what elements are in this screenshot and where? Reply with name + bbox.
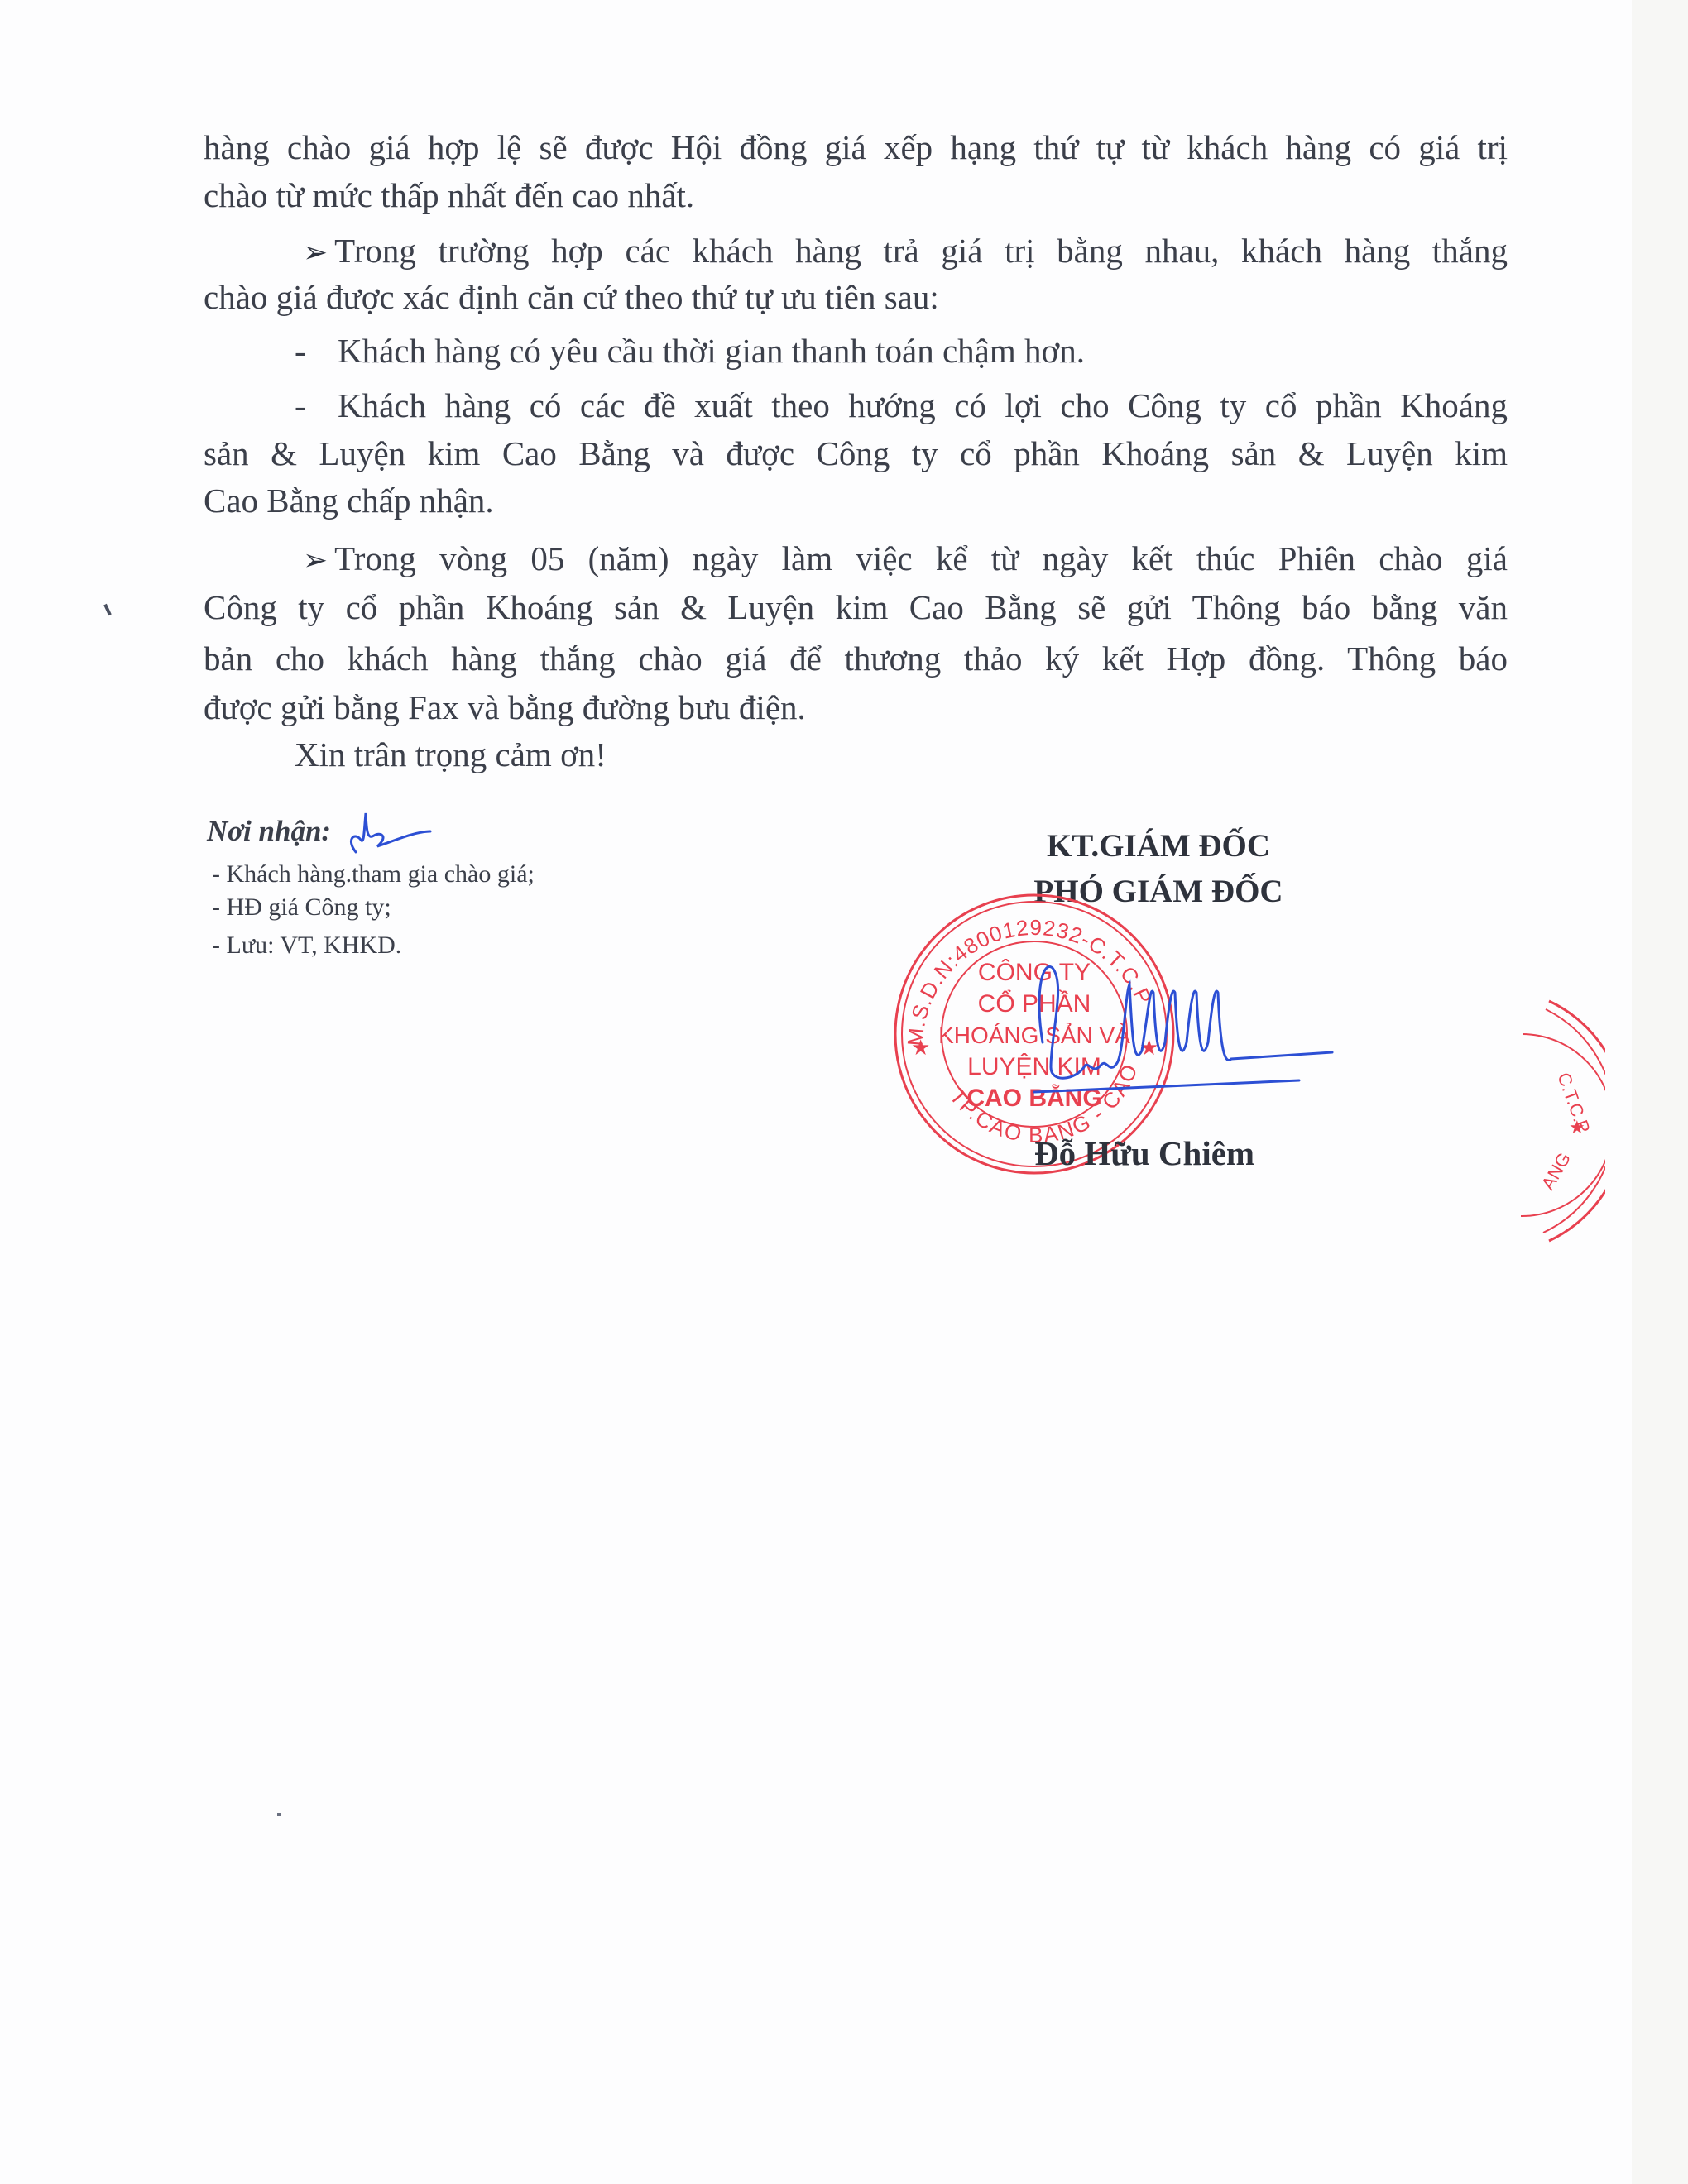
paragraph-line: sản & Luyện kim Cao Bằng và được Công ty… bbox=[204, 437, 1508, 471]
paragraph-line: chào từ mức thấp nhất đến cao nhất. bbox=[204, 179, 694, 213]
paragraph-line: Cao Bằng chấp nhận. bbox=[204, 484, 494, 518]
initial-signature-icon bbox=[331, 807, 439, 856]
svg-text:★: ★ bbox=[1569, 1117, 1585, 1137]
paragraph-line: chào giá được xác định căn cứ theo thứ t… bbox=[204, 280, 939, 314]
list-item-text: Khách hàng có các đề xuất theo hướng có … bbox=[338, 389, 1508, 423]
paragraph-line: được gửi bằng Fax và bằng đường bưu điện… bbox=[204, 691, 806, 725]
partial-stamp: C.T.C.P ★ ANG bbox=[1506, 976, 1605, 1249]
recipient-item: - Lưu: VT, KHKD. bbox=[212, 932, 401, 960]
scan-speck bbox=[277, 1813, 281, 1816]
paragraph-line: Công ty cổ phần Khoáng sản & Luyện kim C… bbox=[204, 591, 1508, 625]
arrow-bullet-icon: ➢ bbox=[303, 545, 328, 575]
svg-text:★: ★ bbox=[911, 1035, 930, 1060]
recipients-title: Nơi nhận: bbox=[207, 815, 331, 848]
bullet-paragraph-line: ➢Trong vòng 05 (năm) ngày làm việc kể từ… bbox=[303, 542, 1508, 576]
dash-bullet: - bbox=[295, 334, 306, 368]
handwritten-signature-icon bbox=[1026, 960, 1340, 1117]
recipient-item: - Khách hàng.tham gia chào giá; bbox=[212, 860, 535, 888]
list-item-text: Khách hàng có yêu cầu thời gian thanh to… bbox=[338, 334, 1085, 368]
bullet-paragraph-line: ➢Trong trường hợp các khách hàng trả giá… bbox=[303, 234, 1508, 268]
paragraph-line: hàng chào giá hợp lệ sẽ được Hội đồng gi… bbox=[204, 131, 1508, 165]
svg-text:ANG: ANG bbox=[1537, 1149, 1575, 1194]
scan-speck bbox=[103, 604, 112, 615]
signer-name: Đỗ Hữu Chiêm bbox=[1034, 1133, 1254, 1173]
paragraph-line: bản cho khách hàng thắng chào giá để thư… bbox=[204, 642, 1508, 676]
arrow-bullet-icon: ➢ bbox=[303, 237, 328, 267]
closing-line: Xin trân trọng cảm ơn! bbox=[295, 738, 607, 772]
scan-edge bbox=[1632, 0, 1688, 2184]
dash-bullet: - bbox=[295, 389, 306, 423]
recipient-item: - HĐ giá Công ty; bbox=[212, 893, 391, 922]
signature-title: KT.GIÁM ĐỐC bbox=[952, 827, 1365, 864]
